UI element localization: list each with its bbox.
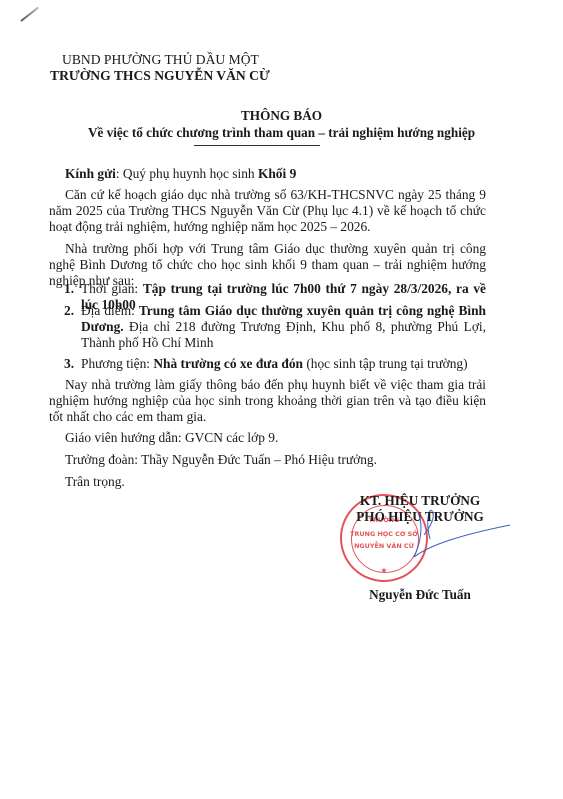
item-label: Phương tiện: xyxy=(81,356,153,371)
item-label: Địa điểm: xyxy=(81,303,139,318)
item-rest: Địa chỉ 218 đường Trương Định, Khu phố 8… xyxy=(81,319,486,350)
item-rest: (học sinh tập trung tại trường) xyxy=(303,356,468,371)
list-item-location: 2. Địa điểm: Trung tâm Giáo dục thường x… xyxy=(64,303,486,351)
paragraph-basis: Căn cứ kế hoạch giáo dục nhà trường số 6… xyxy=(49,187,486,235)
item-label: Thời gian: xyxy=(81,281,143,296)
paragraph-text: Căn cứ kế hoạch giáo dục nhà trường số 6… xyxy=(49,187,486,235)
authority-name: UBND PHƯỜNG THỦ DẦU MỘT xyxy=(50,52,270,68)
list-number: 3. xyxy=(64,356,74,372)
paragraph-text: Trưởng đoàn: Thầy Nguyễn Đức Tuấn – Phó … xyxy=(49,452,486,468)
paragraph-closing: Trân trọng. xyxy=(49,474,486,490)
greeting-target: Khối 9 xyxy=(258,166,296,181)
greeting: Kính gửi: Quý phụ huynh học sinh Khối 9 xyxy=(49,166,486,182)
greeting-text: : Quý phụ huynh học sinh xyxy=(116,166,258,181)
list-number: 1. xyxy=(64,281,74,297)
stamp-star-icon: ★ xyxy=(342,566,426,575)
list-item-transport: 3. Phương tiện: Nhà trường có xe đưa đón… xyxy=(64,356,486,372)
paragraph-text: Trân trọng. xyxy=(49,474,486,490)
paragraph-leader: Trưởng đoàn: Thầy Nguyễn Đức Tuấn – Phó … xyxy=(49,452,486,468)
item-bold: Nhà trường có xe đưa đón xyxy=(153,356,303,371)
paragraph-teacher: Giáo viên hướng dẫn: GVCN các lớp 9. xyxy=(49,430,486,446)
signer-name: Nguyễn Đức Tuấn xyxy=(340,587,500,603)
signature-title-1: KT. HIỆU TRƯỞNG xyxy=(340,493,500,509)
title-underline xyxy=(194,145,320,146)
paragraph-text: Giáo viên hướng dẫn: GVCN các lớp 9. xyxy=(49,430,486,446)
school-name: TRƯỜNG THCS NGUYỄN VĂN CỪ xyxy=(50,68,270,84)
paragraph-notice: Nay nhà trường làm giấy thông báo đến ph… xyxy=(49,377,486,425)
signature-title-2: PHÓ HIỆU TRƯỞNG xyxy=(340,509,500,525)
pen-mark xyxy=(20,7,39,22)
document-title: THÔNG BÁO xyxy=(0,108,563,124)
greeting-label: Kính gửi xyxy=(65,166,116,181)
paragraph-text: Nay nhà trường làm giấy thông báo đến ph… xyxy=(49,377,486,425)
document-page: UBND PHƯỜNG THỦ DẦU MỘT TRƯỜNG THCS NGUY… xyxy=(0,0,563,799)
letterhead: UBND PHƯỜNG THỦ DẦU MỘT TRƯỜNG THCS NGUY… xyxy=(50,52,270,84)
list-number: 2. xyxy=(64,303,74,319)
document-subtitle: Về việc tổ chức chương trình tham quan –… xyxy=(0,125,563,141)
